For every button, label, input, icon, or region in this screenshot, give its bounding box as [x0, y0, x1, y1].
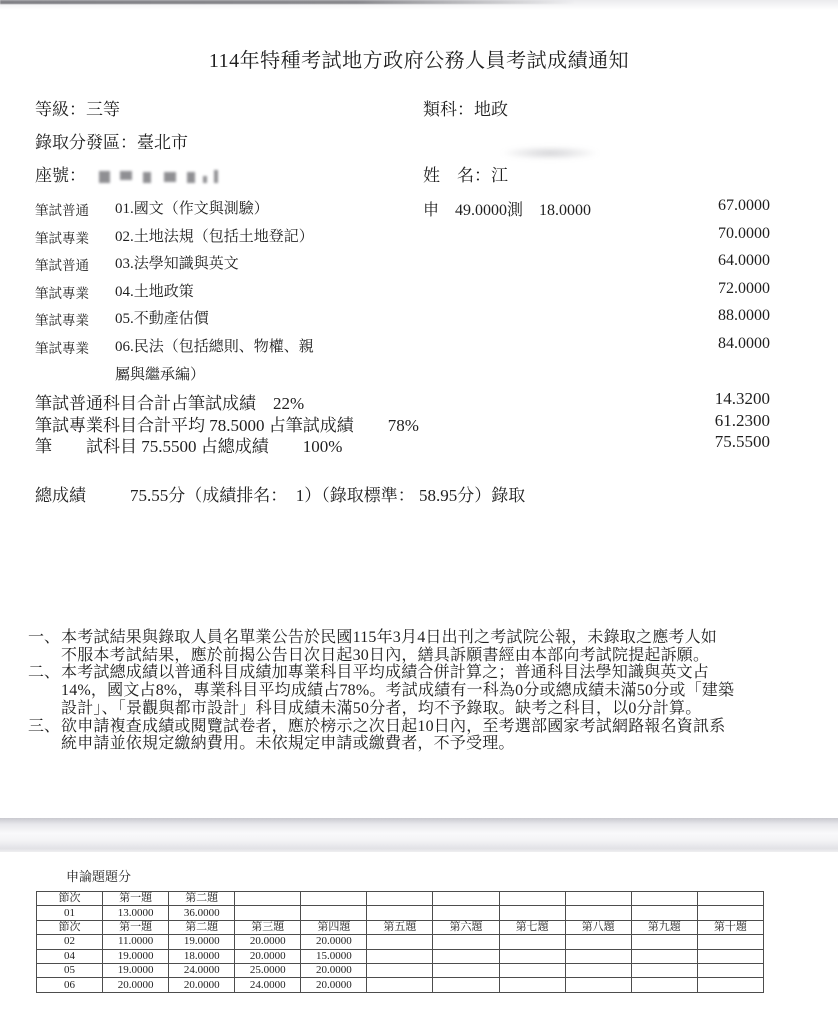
summary-text: 筆 試科目 75.5500 占總成績 100% [35, 432, 342, 457]
table-cell: 06 [37, 978, 103, 992]
table-cell [301, 906, 367, 920]
table-row: 02 11.0000 19.0000 20.0000 20.0000 [37, 935, 764, 949]
subject-score: 70.0000 [718, 225, 770, 243]
table-cell: 20.0000 [235, 949, 301, 963]
table-cell: 第一題 [103, 892, 169, 906]
subject-score: 72.0000 [718, 280, 770, 298]
table-cell: 19.0000 [103, 949, 169, 963]
subject-row: 筆試專業 06.民法（包括總則、物權、親 屬與繼承編） 84.0000 [0, 335, 838, 363]
page-title: 114年特種考試地方政府公務人員考試成績通知 [0, 44, 838, 73]
table-cell: 20.0000 [301, 963, 367, 977]
table-cell: 24.0000 [235, 978, 301, 992]
table-cell [367, 978, 433, 992]
table-cell: 第八題 [565, 920, 631, 934]
note-text: 14%，國文占8%，專業科目平均成績占78%。考試成績有一科為0分或總成績未滿5… [61, 682, 818, 700]
note-text: 欲申請複查成績或閱覽試卷者，應於榜示之次日起10日內，至考選部國家考試網路報名資… [61, 718, 818, 736]
table-cell [697, 906, 763, 920]
table-cell [499, 963, 565, 977]
field-district: 錄取分發區：臺北市 [35, 128, 188, 153]
total-score-text: 75.55分（成績排名： 1）（錄取標準： 58.95分）錄取 [130, 486, 525, 505]
table-cell [367, 949, 433, 963]
page-separator-bar [0, 818, 838, 852]
subject-type: 筆試專業 [35, 282, 89, 302]
note-number [28, 682, 61, 700]
table-cell: 19.0000 [169, 935, 235, 949]
subject-row: 筆試普通 03.法學知識與英文 64.0000 [0, 252, 838, 280]
subject-name-line2: 屬與繼承編） [115, 363, 205, 384]
subject-name: 06.民法（包括總則、物權、親 [115, 335, 314, 356]
essay-score-table-body: 節次 第一題 第二題 01 13.0000 36.0000 節次 第一題 第二題… [37, 892, 764, 993]
subject-type: 筆試普通 [35, 199, 89, 219]
table-cell: 第四題 [301, 920, 367, 934]
subject-name: 03.法學知識與英文 [115, 252, 239, 273]
table-cell [697, 935, 763, 949]
table-cell [433, 963, 499, 977]
field-district-value: 臺北市 [137, 133, 188, 152]
field-seat-label: 座號： [35, 166, 86, 185]
table-cell [499, 935, 565, 949]
table-cell: 04 [37, 949, 103, 963]
table-cell [631, 963, 697, 977]
table-cell [697, 892, 763, 906]
score-summary-list: 筆試普通科目合計占筆試成績 22% 14.3200 筆試專業科目合計平均 78.… [0, 389, 838, 454]
scan-haze-artifact [0, 0, 838, 10]
table-cell: 20.0000 [301, 978, 367, 992]
table-cell [631, 892, 697, 906]
summary-row: 筆試專業科目合計平均 78.5000 占筆試成績 78% 61.2300 [0, 411, 838, 433]
table-cell [499, 978, 565, 992]
table-row: 06 20.0000 20.0000 24.0000 20.0000 [37, 978, 764, 992]
subject-type: 筆試普通 [35, 254, 89, 274]
note-line: 三、 欲申請複查成績或閱覽試卷者，應於榜示之次日起10日內，至考選部國家考試網路… [28, 718, 818, 736]
field-district-label: 錄取分發區： [35, 133, 137, 152]
subject-name: 02.土地法規（包括土地登記） [115, 225, 314, 246]
table-cell: 20.0000 [235, 935, 301, 949]
field-name-label: 姓 名： [423, 166, 491, 185]
table-cell: 19.0000 [103, 963, 169, 977]
essay-score-title: 申論題題分 [66, 866, 131, 885]
table-cell: 第三題 [235, 920, 301, 934]
subject-score: 64.0000 [718, 252, 770, 270]
name-redaction-smudge [500, 146, 600, 160]
table-cell: 01 [37, 906, 103, 920]
table-cell [565, 892, 631, 906]
table-cell [565, 935, 631, 949]
summary-value: 14.3200 [715, 389, 770, 409]
note-line: 一、 本考試結果與錄取人員名單業公告於民國115年3月4日出刊之考試院公報，未錄… [28, 629, 818, 647]
total-score-row: 總成績75.55分（成績排名： 1）（錄取標準： 58.95分）錄取 [35, 481, 525, 506]
subject-row: 筆試普通 01.國文（作文與測驗） 申 49.0000測 18.0000 67.… [0, 197, 838, 225]
table-cell: 25.0000 [235, 963, 301, 977]
table-cell [367, 963, 433, 977]
table-cell [367, 935, 433, 949]
table-cell [235, 892, 301, 906]
table-cell [499, 892, 565, 906]
field-grade-value: 三等 [86, 100, 120, 119]
total-score-label: 總成績 [35, 486, 86, 505]
table-cell: 13.0000 [103, 906, 169, 920]
table-cell: 第六題 [433, 920, 499, 934]
subject-score: 67.0000 [718, 197, 770, 215]
table-cell [631, 935, 697, 949]
table-cell [499, 949, 565, 963]
table-cell [433, 892, 499, 906]
subject-score: 88.0000 [718, 307, 770, 325]
note-number: 二、 [28, 664, 61, 682]
table-cell [631, 949, 697, 963]
subject-score-list: 筆試普通 01.國文（作文與測驗） 申 49.0000測 18.0000 67.… [0, 197, 838, 363]
table-cell [433, 906, 499, 920]
table-cell: 第一題 [103, 920, 169, 934]
note-line: 設計」、「景觀與都市設計」科目成績未滿50分者，均不予錄取。缺考之科目，以0分計… [28, 700, 818, 718]
summary-value: 75.5500 [715, 432, 770, 452]
subject-detail: 申 49.0000測 18.0000 [423, 197, 591, 220]
subject-type: 筆試專業 [35, 227, 89, 247]
score-notice-page: 114年特種考試地方政府公務人員考試成績通知 等級：三等 類科：地政 錄取分發區… [0, 0, 838, 1024]
table-cell [499, 906, 565, 920]
table-cell: 第十題 [697, 920, 763, 934]
note-text: 統申請並依規定繳納費用。未依規定申請或繳費者，不予受理。 [61, 735, 818, 753]
table-cell [433, 935, 499, 949]
table-cell: 節次 [37, 920, 103, 934]
table-cell [367, 892, 433, 906]
note-text: 不服本考試結果，應於前揭公告日次日起30日內，繕具訴願書經由本部向考試院提起訴願… [61, 647, 818, 665]
table-cell: 15.0000 [301, 949, 367, 963]
table-cell [697, 963, 763, 977]
subject-name: 04.土地政策 [115, 280, 194, 301]
note-text: 設計」、「景觀與都市設計」科目成績未滿50分者，均不予錄取。缺考之科目，以0分計… [61, 700, 818, 718]
subject-row: 筆試專業 05.不動產估價 88.0000 [0, 307, 838, 335]
table-cell [433, 949, 499, 963]
table-cell [565, 906, 631, 920]
field-name: 姓 名：江 [423, 161, 508, 186]
table-cell: 05 [37, 963, 103, 977]
table-cell: 24.0000 [169, 963, 235, 977]
table-cell [235, 906, 301, 920]
table-cell: 11.0000 [103, 935, 169, 949]
table-row: 節次 第一題 第二題 第三題 第四題 第五題 第六題 第七題 第八題 第九題 第… [37, 920, 764, 934]
note-line: 二、 本考試總成績以普通科目成績加專業科目平均成績合併計算之；普通科目法學知識與… [28, 664, 818, 682]
essay-score-table: 節次 第一題 第二題 01 13.0000 36.0000 節次 第一題 第二題… [36, 891, 764, 993]
table-cell [565, 963, 631, 977]
table-cell: 第五題 [367, 920, 433, 934]
table-cell: 02 [37, 935, 103, 949]
table-row: 04 19.0000 18.0000 20.0000 15.0000 [37, 949, 764, 963]
note-text: 本考試總成績以普通科目成績加專業科目平均成績合併計算之；普通科目法學知識與英文占 [61, 664, 818, 682]
field-grade-label: 等級： [35, 100, 86, 119]
subject-name: 05.不動產估價 [115, 307, 209, 328]
field-name-value: 江 [491, 166, 508, 185]
field-category-value: 地政 [474, 100, 508, 119]
table-cell: 第七題 [499, 920, 565, 934]
subject-score: 84.0000 [718, 335, 770, 353]
table-cell [697, 949, 763, 963]
table-cell: 36.0000 [169, 906, 235, 920]
note-number: 一、 [28, 629, 61, 647]
table-cell [565, 949, 631, 963]
field-grade: 等級：三等 [35, 95, 120, 120]
note-number [28, 735, 61, 753]
subject-type: 筆試專業 [35, 309, 89, 329]
note-number [28, 647, 61, 665]
subject-type: 筆試專業 [35, 337, 89, 357]
subject-name: 01.國文（作文與測驗） [115, 197, 269, 218]
table-cell [631, 906, 697, 920]
summary-value: 61.2300 [715, 411, 770, 431]
table-cell [631, 978, 697, 992]
table-cell: 20.0000 [301, 935, 367, 949]
note-line: 不服本考試結果，應於前揭公告日次日起30日內，繕具訴願書經由本部向考試院提起訴願… [28, 647, 818, 665]
table-cell: 第二題 [169, 892, 235, 906]
table-cell [301, 892, 367, 906]
table-row: 05 19.0000 24.0000 25.0000 20.0000 [37, 963, 764, 977]
summary-row: 筆 試科目 75.5500 占總成績 100% 75.5500 [0, 432, 838, 454]
table-cell: 20.0000 [103, 978, 169, 992]
field-seat: 座號： [35, 161, 86, 186]
note-line: 統申請並依規定繳納費用。未依規定申請或繳費者，不予受理。 [28, 735, 818, 753]
subject-row: 筆試專業 02.土地法規（包括土地登記） 70.0000 [0, 225, 838, 253]
summary-row: 筆試普通科目合計占筆試成績 22% 14.3200 [0, 389, 838, 411]
seat-number-redaction [99, 165, 218, 181]
note-text: 本考試結果與錄取人員名單業公告於民國115年3月4日出刊之考試院公報，未錄取之應… [61, 629, 818, 647]
note-line: 14%，國文占8%，專業科目平均成績占78%。考試成績有一科為0分或總成績未滿5… [28, 682, 818, 700]
table-cell [565, 978, 631, 992]
table-cell: 節次 [37, 892, 103, 906]
notes-section: 一、 本考試結果與錄取人員名單業公告於民國115年3月4日出刊之考試院公報，未錄… [28, 629, 818, 753]
table-cell [697, 978, 763, 992]
table-cell: 第九題 [631, 920, 697, 934]
subject-row: 筆試專業 04.土地政策 72.0000 [0, 280, 838, 308]
note-number: 三、 [28, 718, 61, 736]
table-cell [367, 906, 433, 920]
note-number [28, 700, 61, 718]
table-row: 01 13.0000 36.0000 [37, 906, 764, 920]
table-cell [433, 978, 499, 992]
field-category: 類科：地政 [423, 95, 508, 120]
table-cell: 20.0000 [169, 978, 235, 992]
table-cell: 第二題 [169, 920, 235, 934]
table-row: 節次 第一題 第二題 [37, 892, 764, 906]
field-category-label: 類科： [423, 100, 474, 119]
table-cell: 18.0000 [169, 949, 235, 963]
